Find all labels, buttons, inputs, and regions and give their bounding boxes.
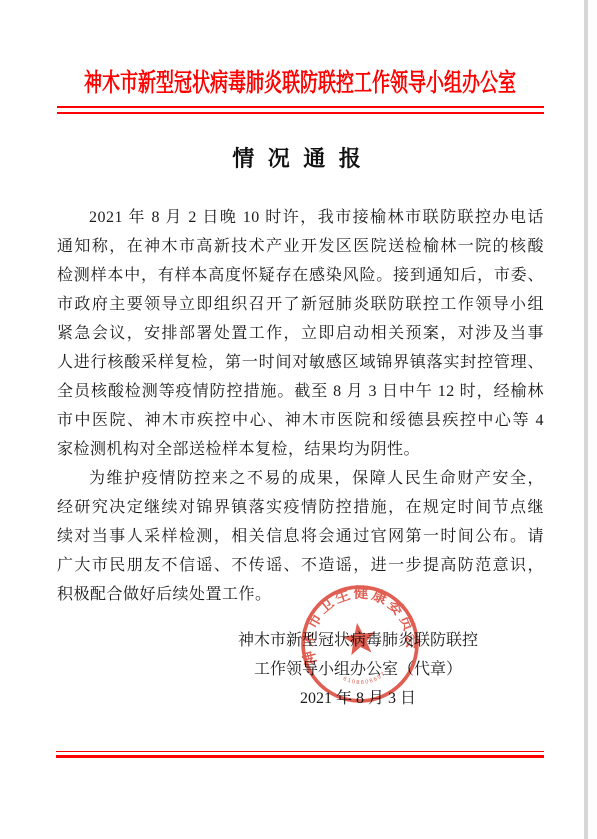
body-line: 市政府主要领导立即组织召开了新冠肺炎联防联控工作领导小组 [57, 290, 544, 319]
body-line: 市中医院、神木市疾控中心、神木市医院和绥德县疾控中心等 4 [57, 406, 544, 435]
svg-text:6108808697: 6108808697 [341, 670, 388, 689]
letterhead-office-name: 神木市新型冠状病毒肺炎联防联控工作领导小组办公室 [0, 66, 597, 100]
paragraph: 为维护疫情防控来之不易的成果，保障人民生命财产安全，经研究决定继续对锦界镇落实疫… [57, 464, 544, 609]
footer-double-rule [56, 751, 544, 758]
body-line: 检测样本中，有样本高度怀疑存在感染风险。接到通知后，市委、 [57, 261, 544, 290]
body-line: 2021 年 8 月 2 日晚 10 时许，我市接榆林市联防联控办电话 [57, 203, 544, 232]
body-line: 经研究决定继续对锦界镇落实疫情防控措施，在规定时间节点继 [57, 493, 544, 522]
body-line: 通知称，在神木市高新技术产业开发区医院送检榆林一院的核酸 [57, 232, 544, 261]
official-seal-stamp: 神木市卫生健康委员会 6108808697 [291, 573, 429, 715]
body-line: 续对当事人采样检测，相关信息将会通过官网第一时间公布。请 [57, 522, 544, 551]
seal-code: 6108808697 [341, 670, 388, 689]
body-line: 紧急会议，安排部署处置工作，立即启动相关预案，对涉及当事 [57, 319, 544, 348]
letterhead-office-name-text: 神木市新型冠状病毒肺炎联防联控工作领导小组办公室 [84, 66, 516, 100]
document-page: 神木市新型冠状病毒肺炎联防联控工作领导小组办公室 情 况 通 报 2021 年 … [0, 0, 597, 839]
document-title: 情 况 通 报 [0, 142, 597, 173]
body-line: 广大市民朋友不信谣、不传谣、不造谣，进一步提高防范意识， [57, 551, 544, 580]
page-edge-outer [588, 0, 597, 839]
body-line: 为维护疫情防控来之不易的成果，保障人民生命财产安全， [57, 464, 544, 493]
body-line: 全员核酸检测等疫情防控措施。截至 8 月 3 日中午 12 时，经榆林 [57, 377, 544, 406]
body-line: 人进行核酸采样复检，第一时间对敏感区域锦界镇落实封控管理、 [57, 348, 544, 377]
letterhead-double-rule [57, 106, 544, 114]
body-line: 家检测机构对全部送检样本复检，结果均为阴性。 [57, 435, 544, 464]
seal-arc-text: 神木市卫生健康委员会 [292, 576, 423, 667]
seal-star-icon [341, 621, 378, 657]
paragraph: 2021 年 8 月 2 日晚 10 时许，我市接榆林市联防联控办电话通知称，在… [57, 203, 544, 464]
document-body: 2021 年 8 月 2 日晚 10 时许，我市接榆林市联防联控办电话通知称，在… [57, 203, 544, 609]
svg-text:神木市卫生健康委员会: 神木市卫生健康委员会 [292, 576, 423, 667]
